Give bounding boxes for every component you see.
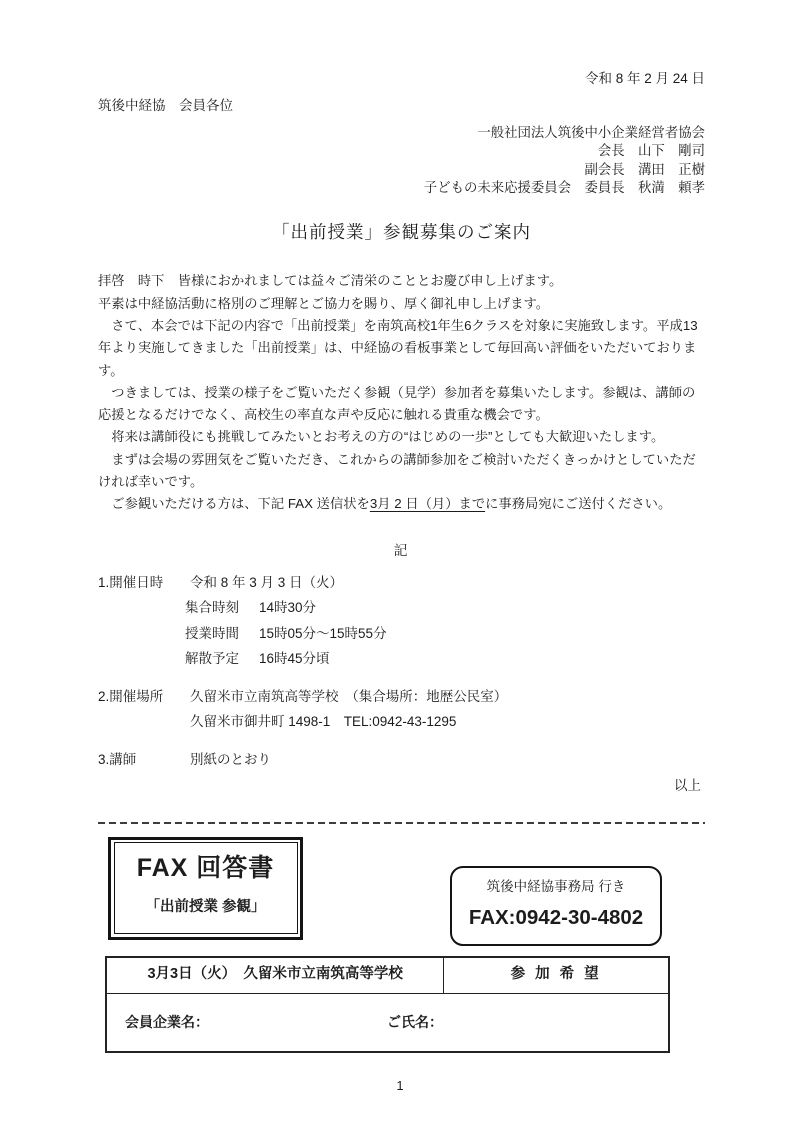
- detail-item-lecturer: 3.講師 別紙のとおり: [98, 747, 705, 772]
- detail-item-datetime-label: 1.開催日時: [98, 570, 190, 595]
- fax-destination-name: 筑後中経協事務局 行き: [458, 876, 654, 898]
- deadline-underlined-date: 3月 2 日（月）まで: [370, 496, 485, 511]
- detail-item-datetime-value: 令和 8 年 3 月 3 日（火）: [190, 570, 705, 595]
- notice-heading: 記: [98, 540, 705, 563]
- document-date: 令和 8 年 2 月 24 日: [98, 68, 705, 90]
- table-header-event: 3月3日（火） 久留米市立南筑高等学校: [106, 957, 444, 994]
- fax-reply-title: FAX 回答書: [119, 853, 293, 883]
- paragraph-thanks: 平素は中経協活動に格別のご理解とご協力を賜り、厚く御礼申し上げます。: [98, 293, 705, 315]
- deadline-suffix: に事務局宛にご送付ください。: [485, 496, 671, 511]
- table-header-row: 3月3日（火） 久留米市立南筑高等学校 参 加 希 望: [106, 957, 669, 994]
- schedule-class-time-value: 15時05分～15時55分: [259, 621, 387, 646]
- document-title: 「出前授業」参観募集のご案内: [98, 218, 705, 247]
- table-entry-row: 会員企業名： ご氏名：: [106, 994, 669, 1052]
- sender-block: 一般社団法人筑後中小企業経営者協会 会長 山下 剛司 副会長 溝田 正樹 子ども…: [98, 124, 705, 198]
- fax-destination-box: 筑後中経協事務局 行き FAX:0942-30-4802: [450, 866, 662, 946]
- fax-reply-table: 3月3日（火） 久留米市立南筑高等学校 参 加 希 望 会員企業名： ご氏名：: [105, 956, 670, 1053]
- table-entry-cell: 会員企業名： ご氏名：: [106, 994, 669, 1052]
- sender-vice-president: 副会長 溝田 正樹: [98, 161, 705, 180]
- schedule-dismissal-time-value: 16時45分頃: [259, 646, 330, 671]
- fax-header-row: FAX 回答書 「出前授業 参観」 筑後中経協事務局 行き FAX:0942-3…: [98, 837, 705, 946]
- paragraph-deadline: ご参観いただける方は、下記 FAX 送信状を3月 2 日（月）までに事務局宛にご…: [98, 493, 705, 515]
- schedule-meeting-time-value: 14時30分: [259, 595, 316, 620]
- letter-body: 拝啓 時下 皆様におかれましては益々ご清栄のこととお慶び申し上げます。 平素は中…: [98, 270, 705, 515]
- schedule-dismissal-time-label: 解散予定: [185, 646, 259, 671]
- person-name-label: ご氏名：: [387, 1011, 668, 1034]
- detail-item-lecturer-value: 別紙のとおり: [190, 747, 705, 772]
- detail-item-lecturer-label: 3.講師: [98, 747, 190, 772]
- paragraph-recruitment: つきましては、授業の様子をご覧いただく参観（見学）参加者を募集いたします。参観は…: [98, 382, 705, 427]
- page-number: 1: [0, 1075, 800, 1096]
- closing-ijou: 以上: [98, 775, 705, 797]
- detail-item-venue-label: 2.開催場所: [98, 684, 190, 709]
- schedule-class-time: 授業時間 15時05分～15時55分: [185, 621, 705, 646]
- table-header-participation: 参 加 希 望: [444, 957, 669, 994]
- fax-reply-box: FAX 回答書 「出前授業 参観」: [108, 837, 303, 940]
- deadline-prefix: ご参観いただける方は、下記 FAX 送信状を: [98, 496, 370, 511]
- paragraph-encouragement: まずは会場の雰囲気をご覧いただき、これからの講師参加をご検討いただくきっかけとし…: [98, 449, 705, 494]
- detail-item-venue: 2.開催場所 久留米市立南筑高等学校 （集合場所：地歴公民室）: [98, 684, 705, 709]
- sender-committee-chair: 子どもの未来応援委員会 委員長 秋満 頼孝: [98, 179, 705, 198]
- sender-president: 会長 山下 剛司: [98, 142, 705, 161]
- paragraph-greeting: 拝啓 時下 皆様におかれましては益々ご清栄のこととお慶び申し上げます。: [98, 270, 705, 292]
- detail-item-datetime: 1.開催日時 令和 8 年 3 月 3 日（火）: [98, 570, 705, 595]
- fax-reply-box-inner: FAX 回答書 「出前授業 参観」: [114, 842, 298, 934]
- recipient-line: 筑後中経協 会員各位: [98, 95, 705, 117]
- schedule-sub-list: 集合時刻 14時30分 授業時間 15時05分～15時55分 解散予定 16時4…: [185, 595, 705, 671]
- details-list: 1.開催日時 令和 8 年 3 月 3 日（火） 集合時刻 14時30分 授業時…: [98, 570, 705, 772]
- schedule-class-time-label: 授業時間: [185, 621, 259, 646]
- fax-destination-number: FAX:0942-30-4802: [458, 901, 654, 935]
- detail-item-venue-value: 久留米市立南筑高等学校 （集合場所：地歴公民室）: [190, 684, 705, 709]
- venue-address: 久留米市御井町 1498-1 TEL:0942-43-1295: [190, 709, 705, 734]
- paragraph-announcement: さて、本会では下記の内容で「出前授業」を南筑高校1年生6クラスを対象に実施致しま…: [98, 315, 705, 382]
- document-page: 令和 8 年 2 月 24 日 筑後中経協 会員各位 一般社団法人筑後中小企業経…: [0, 0, 800, 1132]
- paragraph-first-step: 将来は講師役にも挑戦してみたいとお考えの方の“はじめの一歩”としても大歓迎いたし…: [98, 426, 705, 448]
- company-name-label: 会員企業名：: [125, 1011, 387, 1034]
- schedule-meeting-time-label: 集合時刻: [185, 595, 259, 620]
- sender-organization: 一般社団法人筑後中小企業経営者協会: [98, 124, 705, 143]
- fax-reply-subtitle: 「出前授業 参観」: [119, 896, 293, 920]
- cut-line-separator: [98, 822, 705, 824]
- schedule-meeting-time: 集合時刻 14時30分: [185, 595, 705, 620]
- schedule-dismissal-time: 解散予定 16時45分頃: [185, 646, 705, 671]
